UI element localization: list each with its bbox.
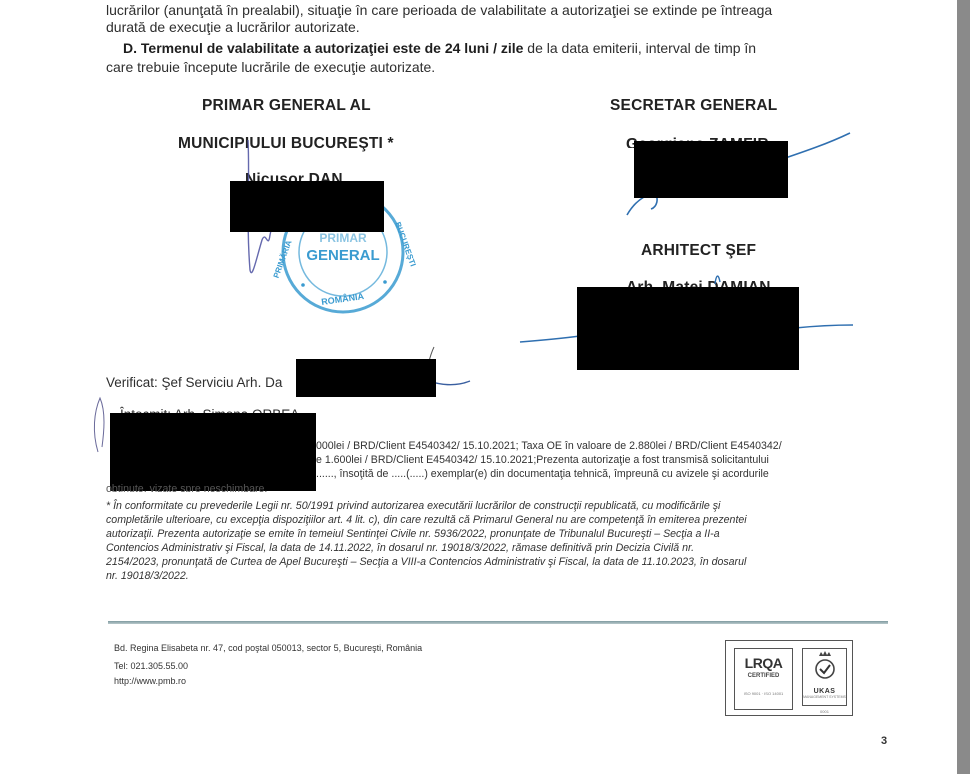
footer-divider [108,621,888,624]
redaction-verifier-name [296,359,436,397]
stamp-text-right: BUCUREŞTI [393,221,417,268]
fees-line-2: e 1.600lei / BRD/Client E4540342/ 15.10.… [316,454,769,467]
footnote-line-5: 2154/2023, pronunţată de Curtea de Apel … [106,556,746,569]
fees-line-1: 000lei / BRD/Client E4540342/ 15.10.2021… [316,440,782,453]
redaction-drafter-block [110,413,316,491]
architect-title: ARHITECT ŞEF [641,242,756,260]
scan-edge [957,0,970,774]
footnote-line-2: completările ulterioare, cu excepţia dis… [106,514,747,527]
body-line-1: lucrărilor (anunţată în prealabil), situ… [106,2,772,19]
crown-check-icon [804,649,846,683]
footnote-line-1: * În conformitate cu prevederile Legii n… [106,500,720,513]
verified-by: Verificat: Şef Serviciu Arh. Da [106,374,282,391]
footnote-line-3: autorizaţii. Prezenta autorizaţie se emi… [106,528,720,541]
lrqa-iso-text: ISO 9001 · ISO 14001 [735,691,792,696]
ukas-logo: UKAS MANAGEMENT SYSTEMS 0001 [802,648,847,706]
clause-d-bold: D. Termenul de valabilitate a autorizaţi… [123,40,523,56]
footer-website[interactable]: http://www.pmb.ro [114,674,186,688]
page-number: 3 [881,735,887,747]
footer-phone: Tel: 021.305.55.00 [114,659,188,673]
lrqa-logo: LRQA CERTIFIED ISO 9001 · ISO 14001 [734,648,793,710]
ukas-number: 0001 [803,709,846,714]
body-line-2: durată de execuţie a lucrărilor autoriza… [106,19,360,36]
fees-line-4: obţinute, vizate spre neschimbare. [106,483,267,492]
footnote-line-4: Contencios Administrativ şi Fiscal, la d… [106,542,694,555]
lrqa-logo-text: LRQA [735,655,792,671]
secretary-title: SECRETAR GENERAL [610,97,777,115]
stamp-text-general: GENERAL [306,247,379,264]
body-line-4: care trebuie începute lucrările de execu… [106,59,435,76]
certification-badge: LRQA CERTIFIED ISO 9001 · ISO 14001 UKAS… [725,640,853,716]
clause-d-rest: de la data emiterii, interval de timp în [523,40,756,56]
footer-address: Bd. Regina Elisabeta nr. 47, cod poştal … [114,641,422,655]
redaction-mayor-signature [230,181,384,232]
mayor-title-line1: PRIMAR GENERAL AL [202,97,371,115]
lrqa-certified-text: CERTIFIED [735,673,792,679]
stamp-text-primar: PRIMAR [319,231,367,245]
redaction-secretary-signature [634,141,788,198]
redaction-architect-signature [577,287,799,370]
clause-d: D. Termenul de valabilitate a autorizaţi… [123,40,756,57]
ukas-text: UKAS [803,688,846,695]
footnote-line-6: nr. 19018/3/2022. [106,570,189,583]
ukas-sub-text: MANAGEMENT SYSTEMS [803,695,846,699]
fees-line-3: ......, însoţită de .....(.....) exempla… [316,468,769,481]
